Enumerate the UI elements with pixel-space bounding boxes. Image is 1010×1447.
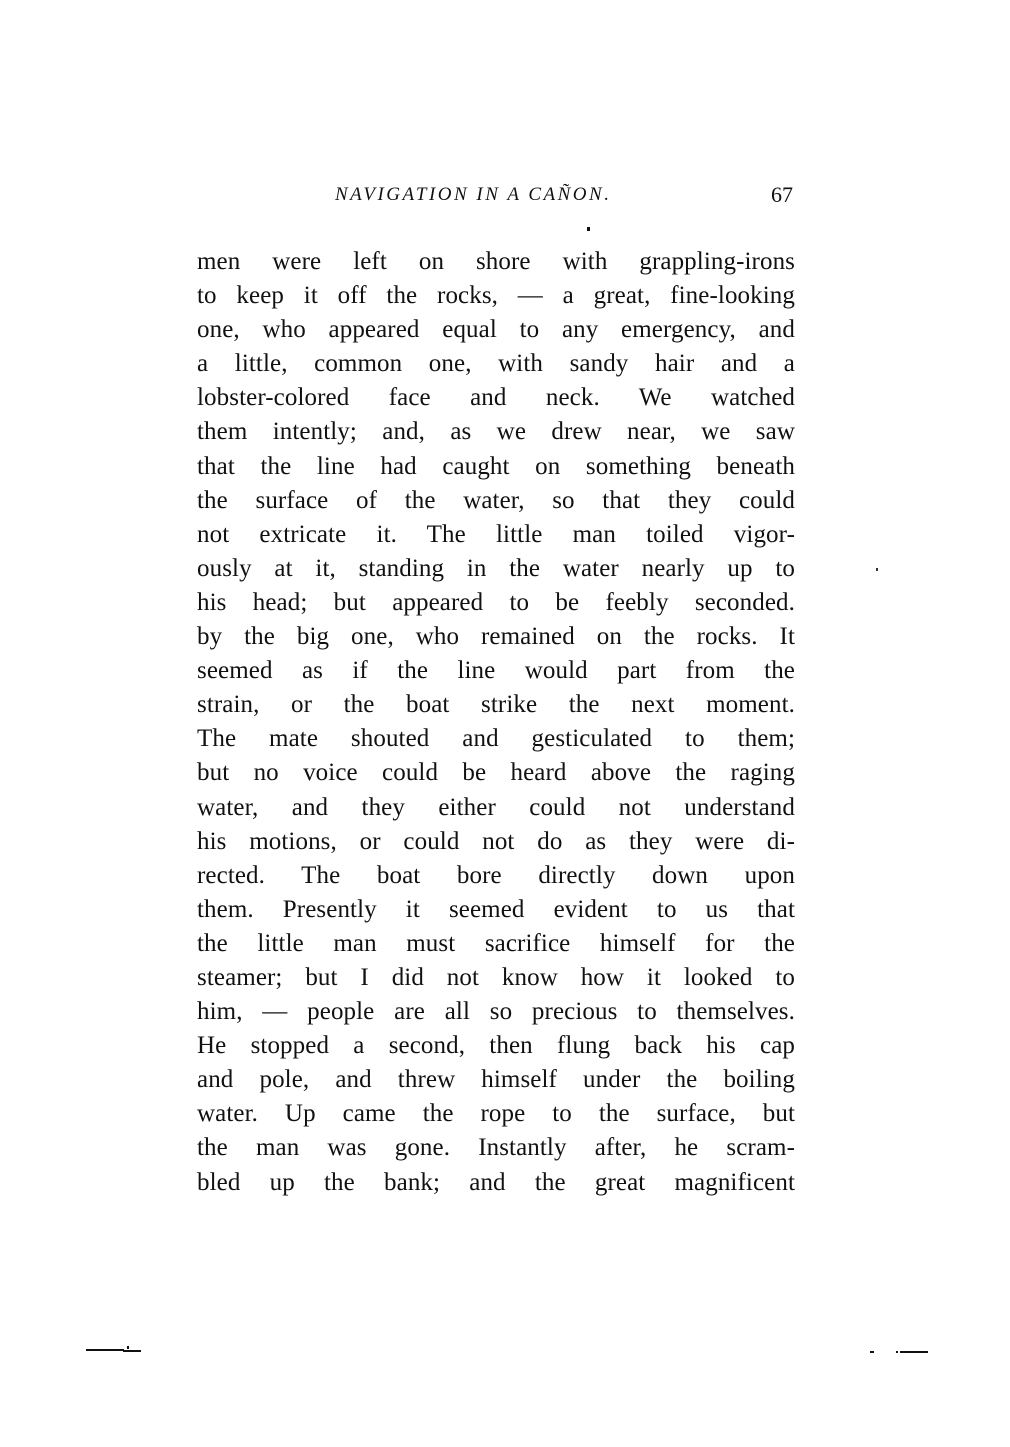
rule-segment bbox=[896, 1351, 898, 1353]
book-page: NAVIGATION IN A CAÑON. 67 men were left … bbox=[0, 0, 1010, 1447]
text-line: one, who appeared equal to any emergency… bbox=[197, 313, 795, 347]
text-line: seemed as if the line would part from th… bbox=[197, 654, 795, 688]
printer-mark-dot bbox=[587, 227, 590, 231]
text-line: water. Up came the rope to the surface, … bbox=[197, 1097, 795, 1131]
text-line: lobster-colored face and neck. We watche… bbox=[197, 381, 795, 415]
rule-segment bbox=[870, 1351, 874, 1353]
text-line: bled up the bank; and the great magnific… bbox=[197, 1166, 795, 1200]
text-line: his head; but appeared to be feebly seco… bbox=[197, 586, 795, 620]
text-line: not extricate it. The little man toiled … bbox=[197, 518, 795, 552]
rule-segment bbox=[900, 1351, 928, 1353]
text-line: the man was gone. Instantly after, he sc… bbox=[197, 1131, 795, 1165]
footer-rule-right bbox=[870, 1351, 930, 1353]
text-line: by the big one, who remained on the rock… bbox=[197, 620, 795, 654]
rule-segment bbox=[86, 1349, 124, 1351]
text-line: strain, or the boat strike the next mome… bbox=[197, 688, 795, 722]
text-line: The mate shouted and gesticulated to the… bbox=[197, 722, 795, 756]
text-line: He stopped a second, then flung back his… bbox=[197, 1029, 795, 1063]
page-number: 67 bbox=[771, 182, 793, 208]
text-line: the surface of the water, so that they c… bbox=[197, 484, 795, 518]
text-line: that the line had caught on something be… bbox=[197, 450, 795, 484]
text-line: the little man must sacrifice himself fo… bbox=[197, 927, 795, 961]
text-line: them intently; and, as we drew near, we … bbox=[197, 415, 795, 449]
rule-tick bbox=[127, 1346, 129, 1349]
rule-segment bbox=[123, 1350, 141, 1352]
text-line: ously at it, standing in the water nearl… bbox=[197, 552, 795, 586]
body-text: men were left on shore with grappling-ir… bbox=[197, 245, 795, 1200]
text-line: to keep it off the rocks, — a great, fin… bbox=[197, 279, 795, 313]
text-line: men were left on shore with grappling-ir… bbox=[197, 245, 795, 279]
text-line: a little, common one, with sandy hair an… bbox=[197, 347, 795, 381]
text-line: steamer; but I did not know how it looke… bbox=[197, 961, 795, 995]
text-line: but no voice could be heard above the ra… bbox=[197, 756, 795, 790]
running-title: NAVIGATION IN A CAÑON. bbox=[335, 184, 611, 206]
text-line: water, and they either could not underst… bbox=[197, 791, 795, 825]
text-line: and pole, and threw himself under the bo… bbox=[197, 1063, 795, 1097]
running-head: NAVIGATION IN A CAÑON. 67 bbox=[197, 184, 795, 216]
text-line: rected. The boat bore directly down upon bbox=[197, 859, 795, 893]
footer-rule-left bbox=[86, 1349, 141, 1352]
text-line: them. Presently it seemed evident to us … bbox=[197, 893, 795, 927]
scan-speck bbox=[876, 568, 878, 571]
text-line: his motions, or could not do as they wer… bbox=[197, 825, 795, 859]
text-line: him, — people are all so precious to the… bbox=[197, 995, 795, 1029]
